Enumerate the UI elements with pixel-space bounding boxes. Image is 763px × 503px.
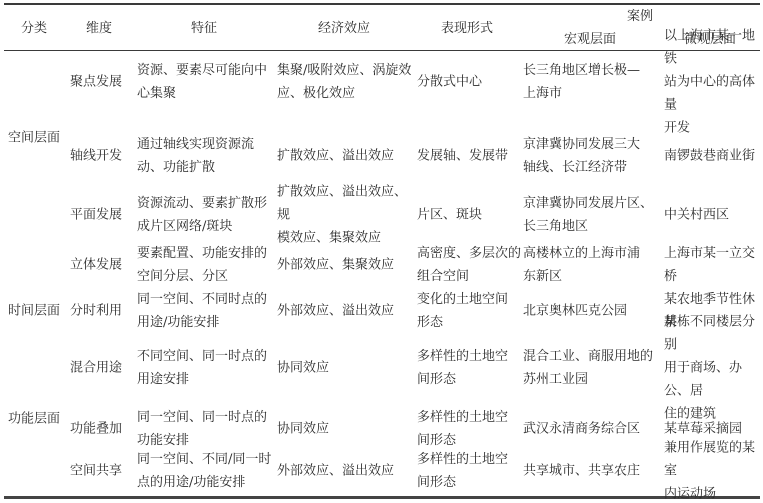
case-micro-cell-line: 内运动场 — [664, 483, 762, 503]
economic-effect-cell: 外部效应、集聚效应 — [277, 254, 415, 277]
case-micro-cell-line: 兼用作展览的某室 — [664, 437, 762, 483]
feature-cell: 资源流动、要素扩散形成片区网络/斑块 — [137, 192, 275, 238]
feature-cell-line: 通过轴线实现资源流 — [137, 133, 275, 156]
feature-cell-line: 资源、要素尽可能向中 — [137, 59, 275, 82]
bottom-rule — [4, 496, 760, 499]
economic-effect-cell-line: 集聚/吸附效应、涡旋效 — [277, 59, 415, 82]
case-micro-cell-line: 开发 — [664, 117, 762, 140]
form-cell-line: 分散式中心 — [417, 71, 521, 94]
feature-cell: 同一空间、不同/同一时点的用途/功能安排 — [137, 448, 275, 494]
dimension-cell-line: 轴线开发 — [70, 145, 134, 168]
dimension-cell-line: 平面发展 — [70, 204, 134, 227]
economic-effect-cell: 协同效应 — [277, 418, 415, 441]
category-cell: 空间层面 — [8, 127, 68, 150]
case-macro-cell-line: 北京奥林匹克公园 — [523, 300, 661, 323]
feature-cell-line: 同一空间、同一时点的 — [137, 406, 275, 429]
case-macro-cell: 共享城市、共享农庄 — [523, 460, 661, 483]
case-macro-cell-line: 共享城市、共享农庄 — [523, 460, 661, 483]
case-micro-cell: 兼用作展览的某室内运动场 — [664, 437, 762, 503]
case-micro-cell-line: 上海市某一立交桥 — [664, 242, 762, 288]
case-macro-cell-line: 上海市 — [523, 82, 661, 105]
case-macro-cell: 京津冀协同发展片区、长三角地区 — [523, 192, 661, 238]
dimension-cell: 轴线开发 — [70, 145, 134, 168]
header-category: 分类 — [4, 17, 64, 40]
case-micro-cell-line: 以上海市某一地铁 — [664, 25, 762, 71]
header-case-macro: 宏观层面 — [520, 28, 660, 51]
dimension-cell: 聚点发展 — [70, 71, 134, 94]
case-macro-cell-line: 东新区 — [523, 265, 661, 288]
form-cell-line: 形态 — [417, 311, 521, 334]
case-micro-cell: 上海市某一立交桥 — [664, 242, 762, 288]
header-economic-effect: 经济效应 — [274, 17, 414, 40]
form-cell-line: 多样性的土地空 — [417, 448, 521, 471]
form-cell-line: 片区、斑块 — [417, 204, 521, 227]
form-cell: 变化的土地空间形态 — [417, 288, 521, 334]
economic-effect-cell: 外部效应、溢出效应 — [277, 300, 415, 323]
header-feature: 特征 — [134, 17, 274, 40]
feature-cell: 资源、要素尽可能向中心集聚 — [137, 59, 275, 105]
form-cell: 多样性的土地空间形态 — [417, 345, 521, 391]
category-cell: 时间层面 — [8, 300, 68, 323]
case-micro-cell-line: 南锣鼓巷商业街 — [664, 145, 762, 168]
form-cell: 分散式中心 — [417, 71, 521, 94]
feature-cell-line: 空间分层、分区 — [137, 265, 275, 288]
form-cell-line: 组合空间 — [417, 265, 521, 288]
feature-cell-line: 不同空间、同一时点的 — [137, 345, 275, 368]
feature-cell: 通过轴线实现资源流动、功能扩散 — [137, 133, 275, 179]
case-micro-cell-line: 站为中心的高体量 — [664, 71, 762, 117]
economic-effect-cell: 集聚/吸附效应、涡旋效应、极化效应 — [277, 59, 415, 105]
feature-cell-line: 同一空间、不同/同一时 — [137, 448, 275, 471]
category-cell: 功能层面 — [8, 408, 68, 431]
economic-effect-cell-line: 扩散效应、溢出效应 — [277, 145, 415, 168]
dimension-cell: 分时利用 — [70, 300, 134, 323]
economic-effect-cell-line: 模效应、集聚效应 — [277, 227, 415, 250]
dimension-cell: 功能叠加 — [70, 418, 134, 441]
economic-effect-cell-line: 协同效应 — [277, 357, 415, 380]
case-micro-cell: 南锣鼓巷商业街 — [664, 145, 762, 168]
economic-effect-cell-line: 外部效应、集聚效应 — [277, 254, 415, 277]
header-dimension: 维度 — [64, 17, 134, 40]
category-cell-line: 空间层面 — [8, 127, 68, 150]
dimension-cell-line: 功能叠加 — [70, 418, 134, 441]
case-macro-cell-line: 武汉永清商务综合区 — [523, 418, 661, 441]
dimension-cell-line: 立体发展 — [70, 254, 134, 277]
dimension-cell: 混合用途 — [70, 357, 134, 380]
form-cell-line: 变化的土地空间 — [417, 288, 521, 311]
case-macro-cell: 武汉永清商务综合区 — [523, 418, 661, 441]
case-macro-cell-line: 高楼林立的上海市浦 — [523, 242, 661, 265]
dimension-cell-line: 聚点发展 — [70, 71, 134, 94]
category-cell-line: 功能层面 — [8, 408, 68, 431]
economic-effect-cell: 协同效应 — [277, 357, 415, 380]
case-macro-cell-line: 长三角地区增长极— — [523, 59, 661, 82]
feature-cell-line: 点的用途/功能安排 — [137, 471, 275, 494]
form-cell-line: 高密度、多层次的 — [417, 242, 521, 265]
dimension-cell-line: 分时利用 — [70, 300, 134, 323]
feature-cell-line: 同一空间、不同时点的 — [137, 288, 275, 311]
economic-effect-cell: 扩散效应、溢出效应、规模效应、集聚效应 — [277, 181, 415, 250]
case-macro-cell-line: 轴线、长江经济带 — [523, 156, 661, 179]
case-macro-cell: 京津冀协同发展三大轴线、长江经济带 — [523, 133, 661, 179]
dimension-cell: 平面发展 — [70, 204, 134, 227]
dimension-cell: 空间共享 — [70, 460, 134, 483]
dimension-cell-line: 空间共享 — [70, 460, 134, 483]
feature-cell-line: 要素配置、功能安排的 — [137, 242, 275, 265]
case-micro-cell: 某栋不同楼层分别用于商场、办公、居住的建筑 — [664, 311, 762, 426]
economic-effect-cell-line: 外部效应、溢出效应 — [277, 460, 415, 483]
case-micro-cell-line: 某栋不同楼层分别 — [664, 311, 762, 357]
case-macro-cell: 长三角地区增长极—上海市 — [523, 59, 661, 105]
header-form: 表现形式 — [414, 17, 520, 40]
case-macro-cell-line: 京津冀协同发展三大 — [523, 133, 661, 156]
form-cell: 高密度、多层次的组合空间 — [417, 242, 521, 288]
case-macro-cell: 高楼林立的上海市浦东新区 — [523, 242, 661, 288]
form-cell: 片区、斑块 — [417, 204, 521, 227]
economic-effect-cell-line: 协同效应 — [277, 418, 415, 441]
form-cell-line: 间形态 — [417, 471, 521, 494]
feature-cell-line: 用途安排 — [137, 368, 275, 391]
economic-effect-cell-line: 应、极化效应 — [277, 82, 415, 105]
case-macro-cell-line: 苏州工业园 — [523, 368, 661, 391]
feature-cell: 同一空间、不同时点的用途/功能安排 — [137, 288, 275, 334]
case-macro-cell: 混合工业、商服用地的苏州工业园 — [523, 345, 661, 391]
form-cell: 多样性的土地空间形态 — [417, 406, 521, 452]
form-cell: 发展轴、发展带 — [417, 145, 521, 168]
form-cell-line: 发展轴、发展带 — [417, 145, 521, 168]
economic-effect-cell-line: 扩散效应、溢出效应、规 — [277, 181, 415, 227]
economic-effect-cell: 扩散效应、溢出效应 — [277, 145, 415, 168]
case-micro-cell: 中关村西区 — [664, 204, 762, 227]
feature-cell-line: 心集聚 — [137, 82, 275, 105]
dimension-cell: 立体发展 — [70, 254, 134, 277]
form-cell-line: 多样性的土地空 — [417, 345, 521, 368]
economic-effect-cell-line: 外部效应、溢出效应 — [277, 300, 415, 323]
feature-cell: 不同空间、同一时点的用途安排 — [137, 345, 275, 391]
feature-cell: 要素配置、功能安排的空间分层、分区 — [137, 242, 275, 288]
feature-cell-line: 用途/功能安排 — [137, 311, 275, 334]
case-micro-cell-line: 中关村西区 — [664, 204, 762, 227]
dimension-cell-line: 混合用途 — [70, 357, 134, 380]
case-macro-cell-line: 京津冀协同发展片区、 — [523, 192, 661, 215]
economic-effect-cell: 外部效应、溢出效应 — [277, 460, 415, 483]
feature-cell: 同一空间、同一时点的功能安排 — [137, 406, 275, 452]
feature-cell-line: 动、功能扩散 — [137, 156, 275, 179]
case-macro-cell: 北京奥林匹克公园 — [523, 300, 661, 323]
form-cell: 多样性的土地空间形态 — [417, 448, 521, 494]
case-macro-cell-line: 混合工业、商服用地的 — [523, 345, 661, 368]
case-micro-cell: 以上海市某一地铁站为中心的高体量开发 — [664, 25, 762, 140]
feature-cell-line: 成片区网络/斑块 — [137, 215, 275, 238]
case-macro-cell-line: 长三角地区 — [523, 215, 661, 238]
form-cell-line: 间形态 — [417, 368, 521, 391]
feature-cell-line: 资源流动、要素扩散形 — [137, 192, 275, 215]
form-cell-line: 多样性的土地空 — [417, 406, 521, 429]
case-micro-cell-line: 用于商场、办公、居 — [664, 357, 762, 403]
category-cell-line: 时间层面 — [8, 300, 68, 323]
